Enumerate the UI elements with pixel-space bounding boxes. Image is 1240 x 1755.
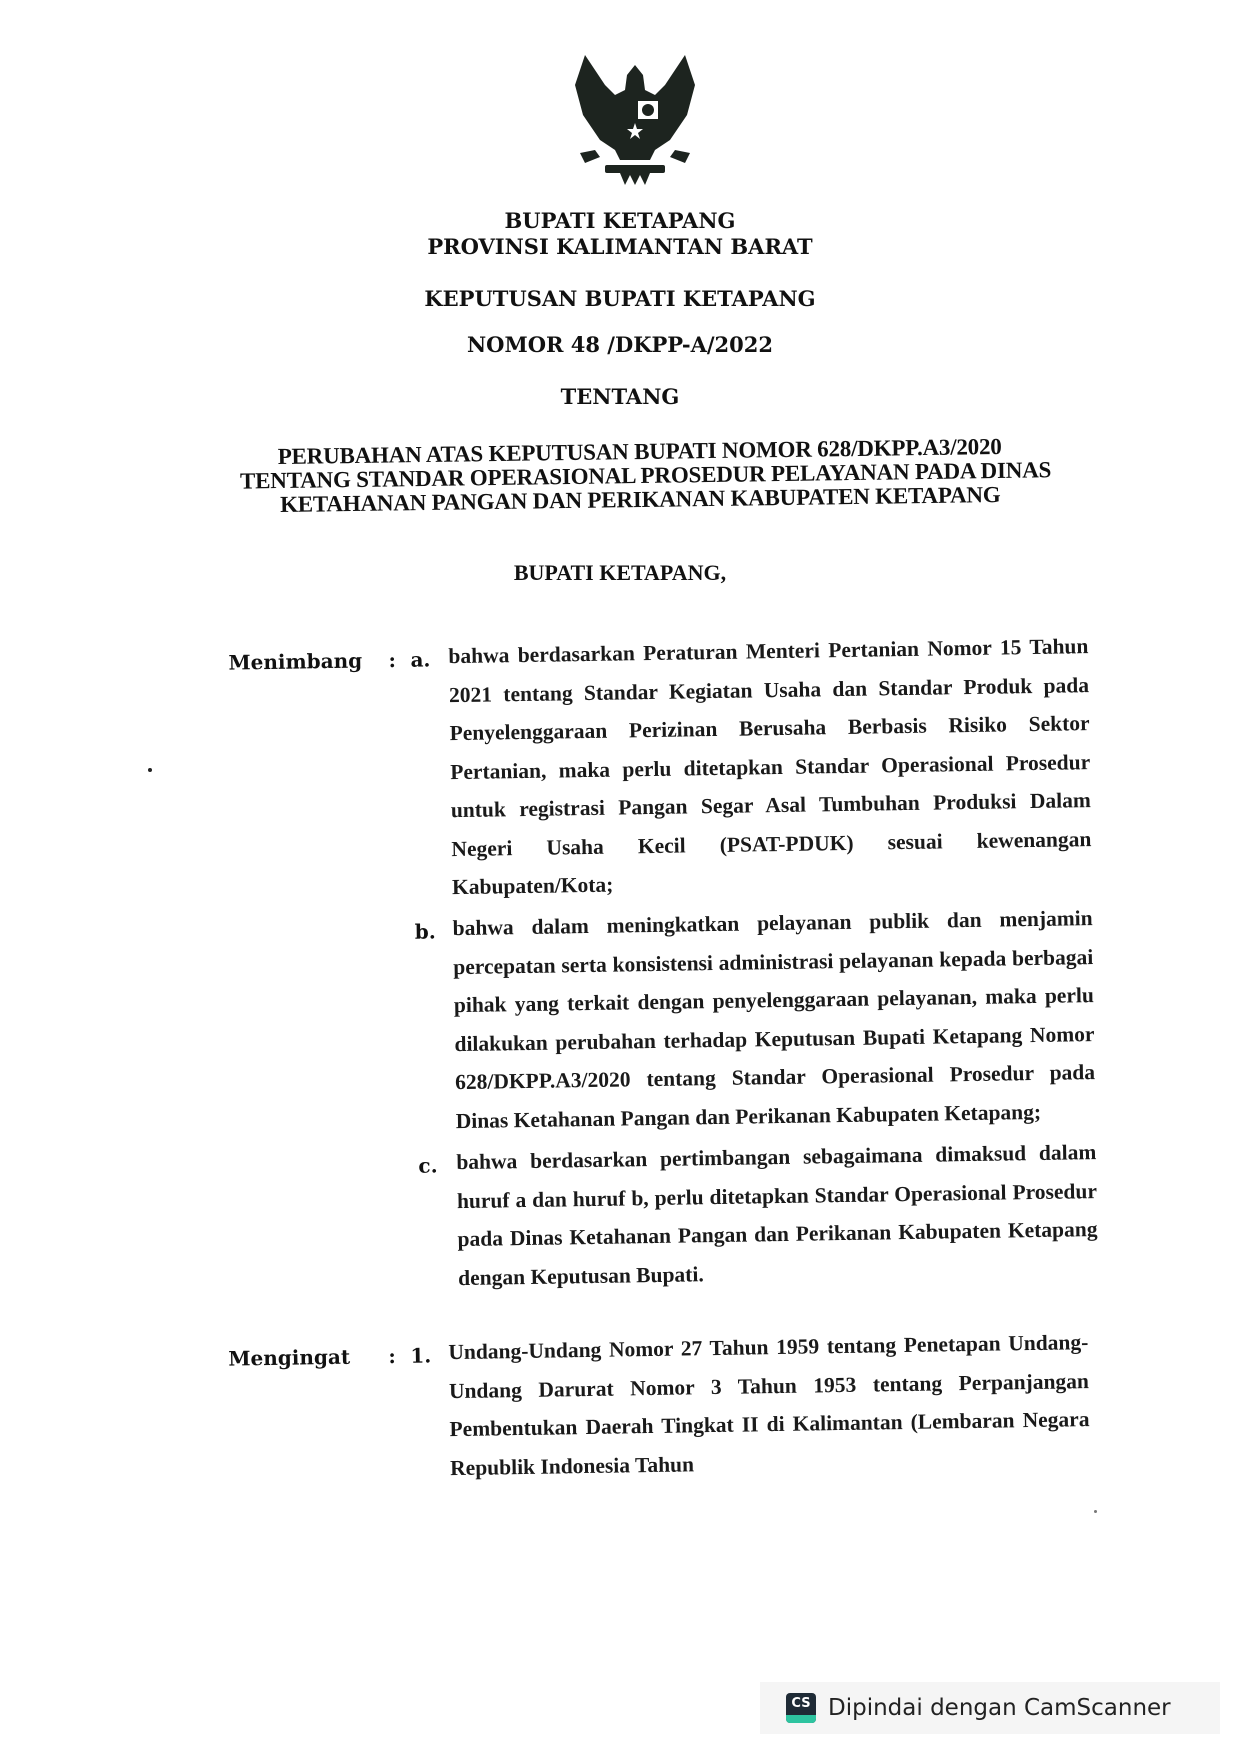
camscanner-logo-text: CS (791, 1693, 810, 1715)
province-title: PROVINSI KALIMANTAN BARAT (0, 234, 1240, 260)
item-marker: 1. (410, 1343, 431, 1367)
consideration-item: bahwa berdasarkan Peraturan Menteri Pert… (448, 627, 1092, 907)
scan-speck (1094, 1510, 1097, 1513)
mengingat-section: Mengingat : 1. Undang-Undang Nomor 27 Ta… (0, 1319, 1240, 1338)
menimbang-colon: : (388, 648, 396, 672)
decree-title: PERUBAHAN ATAS KEPUTUSAN BUPATI NOMOR 62… (240, 434, 1041, 517)
legal-basis-item: Undang-Undang Nomor 27 Tahun 1959 tentan… (448, 1323, 1090, 1487)
mengingat-label: Mengingat (228, 1345, 350, 1371)
item-marker: a. (410, 647, 430, 671)
menimbang-label: Menimbang (228, 649, 362, 675)
menimbang-section: Menimbang : a. bahwa berdasarkan Peratur… (0, 619, 1240, 638)
watermark-text: Dipindai dengan CamScanner (828, 1695, 1171, 1721)
camscanner-watermark: CS Dipindai dengan CamScanner (760, 1682, 1220, 1734)
item-marker: b. (415, 919, 436, 943)
consideration-item: bahwa dalam meningkatkan pelayanan publi… (452, 899, 1096, 1140)
scan-speck (148, 768, 152, 772)
issuer-heading: BUPATI KETAPANG, (0, 560, 1240, 586)
decree-number: NOMOR 48 /DKPP-A/2022 (0, 332, 1240, 357)
regent-heading: BUPATI KETAPANG PROVINSI KALIMANTAN BARA… (0, 208, 1240, 260)
consideration-item: bahwa berdasarkan pertimbangan sebagaima… (456, 1133, 1098, 1297)
item-marker: c. (418, 1153, 438, 1177)
about-label: TENTANG (0, 384, 1240, 409)
camscanner-logo-icon: CS (786, 1693, 816, 1723)
document-page: BUPATI KETAPANG PROVINSI KALIMANTAN BARA… (0, 0, 1240, 1755)
garuda-emblem-icon (565, 45, 705, 185)
mengingat-colon: : (388, 1344, 396, 1368)
regent-title: BUPATI KETAPANG (0, 208, 1240, 234)
decree-heading: KEPUTUSAN BUPATI KETAPANG (0, 286, 1240, 311)
